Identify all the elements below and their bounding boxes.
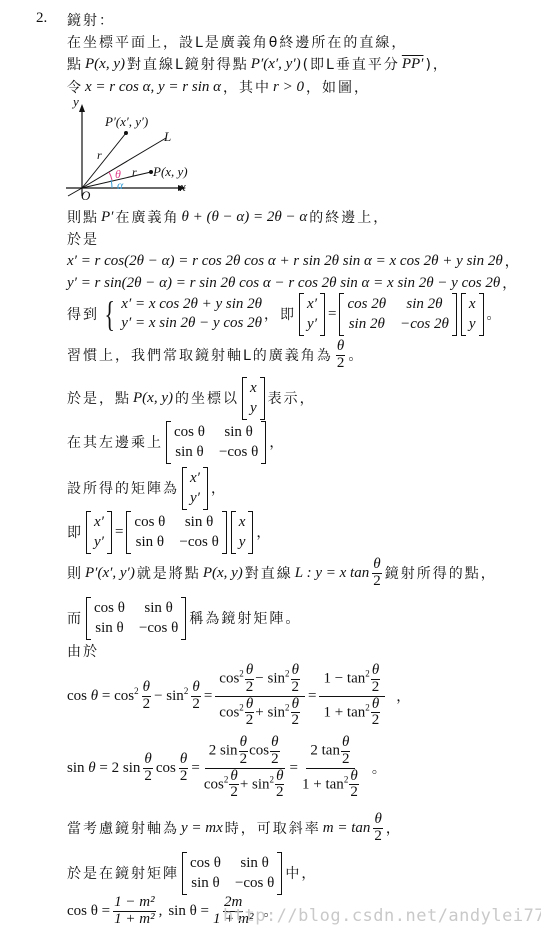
text: 對直線L鏡射得點 [127,54,249,74]
sin-identity: sin θ = 2 sin θ2 cos θ2 = 2 sinθ2cosθ2 c… [67,735,388,801]
text: 設所得的矩陣為 [67,478,179,498]
text: 。 [348,345,364,365]
system-eq-2: y′ = x sin 2θ − y cos 2θ [121,314,262,334]
represent-line: 於是，點 P(x, y) 的坐標以 xy 表示， [67,377,316,420]
reflection-matrix: cos θsin θsin θ−cos θ [166,421,266,464]
vector-p: xy [461,293,484,336]
angle-expression: θ + (θ − α) = 2θ − α [181,209,307,226]
point-p: P(x, y) [85,56,125,73]
system-eq-1: x′ = x cos 2θ + y sin 2θ [121,295,262,315]
text: 就是將點 [137,563,201,583]
equals: = [204,688,212,705]
intro-line-1: 在坐標平面上，設L是廣義角θ終邊所在的直線， [67,32,407,52]
text: 對直線 [245,563,293,583]
text: 在其左邊乘上 [67,432,163,452]
condition: r > 0 [273,79,304,96]
fraction-theta-half: θ2 [336,339,346,372]
section-number: 2. [36,10,47,27]
line-l-label: L [164,129,171,145]
text: 當考慮鏡射軸為 [67,818,179,838]
slope-equation: m = tan [323,820,371,837]
equals: = [290,760,298,777]
sin-lhs: sin θ = [168,903,209,920]
fraction-theta-half: θ2 [372,557,382,590]
matrix-equation-line: 即 x′y′ = cos θsin θsin θ−cos θ xy ， [67,511,272,554]
vector-p: xy [231,511,254,554]
axis-y-label: y [73,94,79,110]
derivation-therefore: 於是 [67,229,99,249]
reflection-figure: y x O P′(x′, y′) L P(x, y) r r θ α [62,96,262,209]
text: ， [386,818,402,838]
equals: = [115,524,123,541]
text: 於是，點 [67,388,131,408]
text: 點 [67,54,83,74]
vector-p-prime: x′y′ [182,467,208,510]
equals: = [328,306,336,323]
fraction: θ2 [191,680,201,713]
text: 即 [67,522,83,542]
named-matrix-line: 而 cos θsin θsin θ−cos θ 稱為鏡射矩陣。 [67,597,301,640]
cos-lhs: cos θ = cos2 [67,688,139,705]
text: 習慣上，我們常取鏡射軸L的廣義角為 [67,345,333,365]
intro-line-3: 令 x = r cos α, y = r sin α ，其中 r > 0 ，如圖… [67,77,370,97]
cos-term: cos [156,760,176,777]
point-p: P(x, y) [203,565,243,582]
fraction: θ2 [143,752,153,785]
point-p-label: P(x, y) [153,164,188,180]
alpha-label: α [117,178,123,193]
left-brace: { [104,296,114,332]
polar-def: x = r cos α, y = r sin α [85,79,221,96]
text: ，如圖， [306,77,370,97]
radius-label-1: r [97,148,102,163]
equation-system: x′ = x cos 2θ + y sin 2θ y′ = x sin 2θ −… [121,295,262,334]
text: 則點 [67,207,99,227]
vector-p-prime: x′y′ [299,293,325,336]
text: 。 [372,758,388,778]
text: (即L垂直平分 [303,54,400,74]
text: )， [425,54,448,74]
convention-line: 習慣上，我們常取鏡射軸L的廣義角為 θ2 。 [67,339,364,372]
fraction-theta-half: θ2 [373,812,383,845]
minus-sin: − sin2 [154,688,188,705]
fraction-cos-m: 1 − m²1 + m² [113,895,155,928]
text: ， [211,478,227,498]
matrix-2theta: cos 2θsin 2θsin 2θ−cos 2θ [339,293,456,336]
vector-p: xy [242,377,265,420]
text: 於是在鏡射矩陣 [67,863,179,883]
point-p-prime: P′(x′, y′) [251,56,301,73]
system-and-matrix: 得到 { x′ = x cos 2θ + y sin 2θ y′ = x sin… [67,293,503,336]
text: 的終邊上， [309,207,389,227]
equation: y′ = r sin(2θ − α) = r sin 2θ cos α − r … [67,275,500,292]
text: 在廣義角 [115,207,179,227]
text: ， [502,273,518,293]
text: ， [396,686,412,706]
equals: = [308,688,316,705]
text: 。 [487,304,503,324]
radius-label-2: r [132,165,137,180]
point-p: P(x, y) [133,390,173,407]
reflection-statement: 則 P′(x′, y′) 就是將點 P(x, y) 對直線 L : y = x … [67,557,497,590]
text: 的坐標以 [175,388,239,408]
point-p-prime-label: P′(x′, y′) [105,114,148,130]
vector-p-prime: x′y′ [86,511,112,554]
fraction-tan-ratio: 2 tanθ2 1 + tan2θ2 [301,735,361,801]
fraction: θ2 [142,680,152,713]
fraction: θ2 [179,752,189,785]
line-equation: L : y = x tan [295,565,369,582]
text: 表示， [268,388,316,408]
fraction-sin-ratio: 2 sinθ2cosθ2 cos2θ2+ sin2θ2 [203,735,287,801]
text: 稱為鏡射矩陣。 [189,608,301,628]
intro-line-2: 點 P(x, y) 對直線L鏡射得點 P′(x′, y′) (即L垂直平分 PP… [67,54,449,74]
since-label: 由於 [67,641,99,661]
fraction-cos-ratio: cos2θ2− sin2θ2 cos2θ2+ sin2θ2 [215,663,305,729]
reflection-diagram [62,96,262,204]
text: 鏡射所得的點， [385,563,497,583]
result-line: 設所得的矩陣為 x′y′ ， [67,467,227,510]
equation: x′ = r cos(2θ − α) = r cos 2θ cos α + r … [67,253,503,270]
section-title: 鏡射： [67,10,115,30]
text: ， [505,251,521,271]
fraction-tan-ratio: 1 − tan2θ2 1 + tan2θ2 [319,663,385,729]
text: 則 [67,563,83,583]
cos-lhs: cos θ = [67,903,110,920]
axis-equation: y = mx [181,820,223,837]
point-p-prime: P′ [101,209,113,226]
equation-x-prime: x′ = r cos(2θ − α) = r cos 2θ cos α + r … [67,251,521,271]
in-matrix-line: 於是在鏡射矩陣 cos θsin θsin θ−cos θ 中， [67,852,317,895]
derivation-line-1: 則點 P′ 在廣義角 θ + (θ − α) = 2θ − α 的終邊上， [67,207,389,227]
equation-y-prime: y′ = r sin(2θ − α) = r sin 2θ cos α − r … [67,273,518,293]
text: 而 [67,608,83,628]
sin-lhs: sin θ = 2 sin [67,760,140,777]
text: ， [256,522,272,542]
equals: = [191,760,199,777]
text: 中， [285,863,317,883]
cos-identity: cos θ = cos2 θ2 − sin2 θ2 = cos2θ2− sin2… [67,663,412,729]
left-multiply-line: 在其左邊乘上 cos θsin θsin θ−cos θ ， [67,421,285,464]
text: ，即 [264,304,296,324]
text: ，其中 [223,77,271,97]
text: 時，可取斜率 [225,818,321,838]
watermark: http://blog.csdn.net/andylei777 [223,906,541,926]
separator: , [159,903,163,920]
point-p-prime: P′(x′, y′) [85,565,135,582]
text: ， [269,432,285,452]
axis-x-label: x [180,179,186,195]
reflection-matrix: cos θsin θsin θ−cos θ [86,597,186,640]
text: 得到 [67,304,99,324]
reflection-matrix: cos θsin θsin θ−cos θ [182,852,282,895]
origin-label: O [81,188,90,204]
segment-pp: PP′ [402,56,424,73]
slope-line: 當考慮鏡射軸為 y = mx 時，可取斜率 m = tan θ2 ， [67,812,402,845]
reflection-matrix: cos θsin θsin θ−cos θ [126,511,226,554]
